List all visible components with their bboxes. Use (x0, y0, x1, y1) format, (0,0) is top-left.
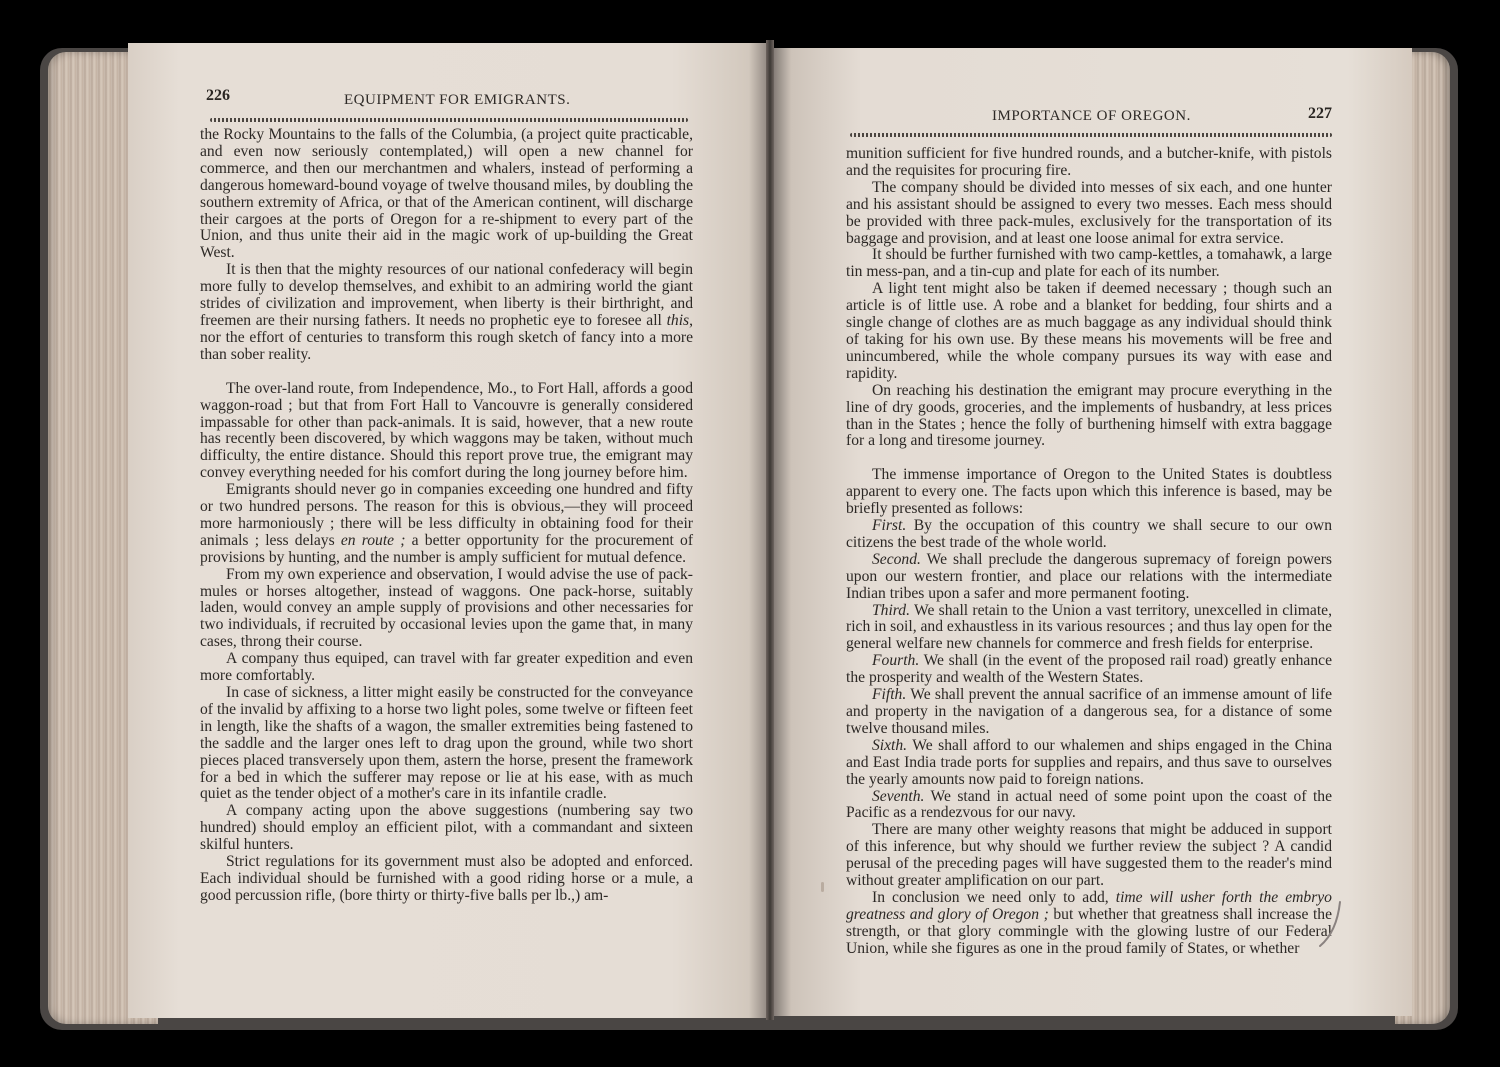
list-item-fourth: Fourth. We shall (in the event of the pr… (846, 653, 1332, 687)
list-item-seventh: Seventh. We stand in actual need of some… (846, 789, 1332, 823)
paragraph: Strict regulations for its government mu… (200, 854, 693, 905)
pencil-mark-icon (1318, 900, 1342, 950)
left-page-number: 226 (206, 87, 230, 105)
paragraph: A light tent might also be taken if deem… (846, 281, 1332, 382)
book-gutter (766, 40, 774, 1020)
right-page-body: munition sufficient for five hundred rou… (846, 146, 1332, 958)
list-item-third: Third. We shall retain to the Union a va… (846, 603, 1332, 654)
paragraph: It is then that the mighty resources of … (200, 262, 693, 363)
paragraph: munition sufficient for five hundred rou… (846, 146, 1332, 180)
paragraph: A company thus equiped, can travel with … (200, 651, 693, 685)
left-header-rule (210, 118, 688, 122)
list-item-first: First. By the occupation of this country… (846, 518, 1332, 552)
left-running-head: EQUIPMENT FOR EMIGRANTS. (344, 92, 570, 114)
right-running-head: IMPORTANCE OF OREGON. (992, 108, 1191, 130)
paragraph: The over-land route, from Independence, … (200, 381, 693, 482)
paragraph: From my own experience and observation, … (200, 567, 693, 652)
paragraph: Emigrants should never go in companies e… (200, 482, 693, 567)
margin-mark (821, 882, 824, 892)
paragraph: The company should be divided into messe… (846, 180, 1332, 248)
paragraph: It should be further furnished with two … (846, 247, 1332, 281)
paragraph: the Rocky Mountains to the falls of the … (200, 127, 693, 262)
paragraph: In case of sickness, a litter might easi… (200, 685, 693, 803)
paragraph: The immense importance of Oregon to the … (846, 467, 1332, 518)
list-item-sixth: Sixth. We shall afford to our whalemen a… (846, 738, 1332, 789)
paragraph: In conclusion we need only to add, time … (846, 890, 1332, 958)
list-item-fifth: Fifth. We shall prevent the annual sacri… (846, 687, 1332, 738)
paragraph: On reaching his destination the emigrant… (846, 383, 1332, 451)
left-page-body: the Rocky Mountains to the falls of the … (200, 127, 693, 905)
paragraph: There are many other weighty reasons tha… (846, 822, 1332, 890)
right-header-rule (850, 133, 1332, 137)
list-item-second: Second. We shall preclude the dangerous … (846, 552, 1332, 603)
right-page-number: 227 (1308, 105, 1332, 123)
paragraph: A company acting upon the above suggesti… (200, 803, 693, 854)
